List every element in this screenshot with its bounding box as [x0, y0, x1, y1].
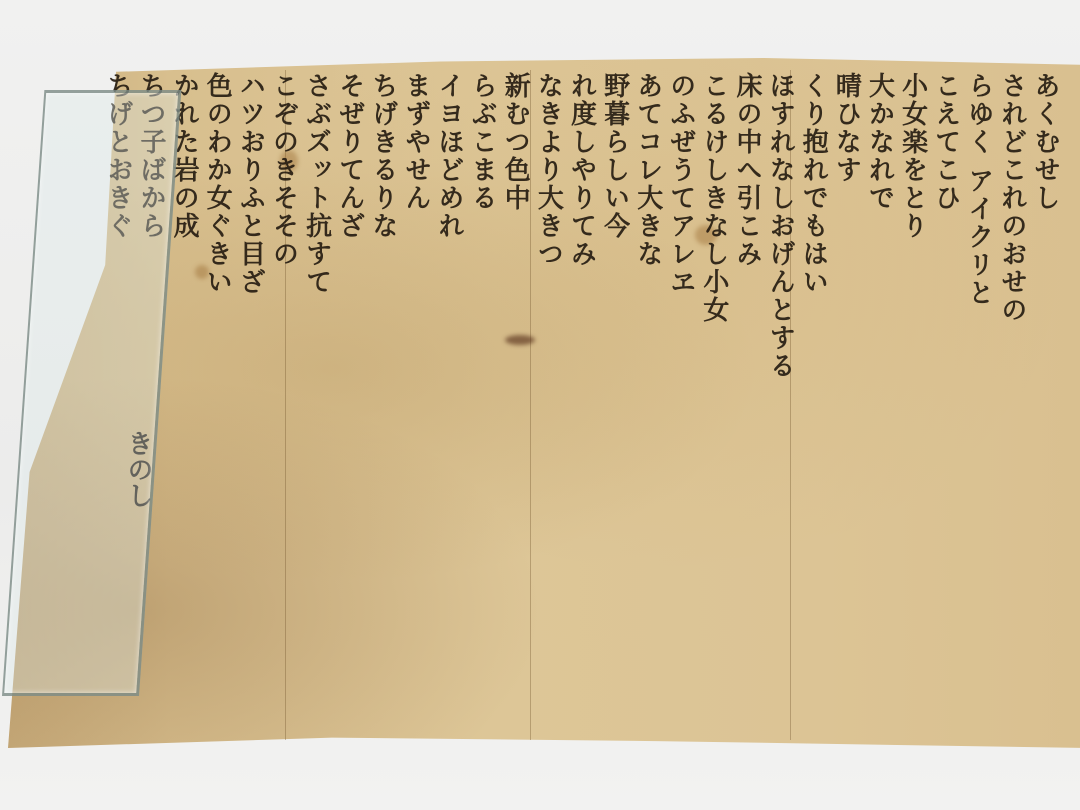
text-column: らゆく アイクリと	[963, 72, 996, 732]
text-column: さぶズット抗すて	[300, 72, 333, 732]
text-column: そぜりてんざ	[334, 72, 367, 732]
text-column: らぶこまる	[466, 72, 499, 732]
text-column: ハツおりふと目ざ	[234, 72, 267, 732]
text-column: されどこれのおせの	[996, 72, 1029, 732]
text-column: こるけしきなし小女	[698, 72, 731, 732]
text-column: ほすれなしおげんとする	[764, 72, 797, 732]
text-column: 野暮らしい今	[598, 72, 631, 732]
text-column: あてコレ大きな	[632, 72, 665, 732]
text-column: なきより大きつ	[532, 72, 565, 732]
text-column: ちげきるりな	[367, 72, 400, 732]
text-column: 大かなれで	[863, 72, 896, 732]
text-column: イヨほどめれ	[433, 72, 466, 732]
text-column: 色のわか女ぐきい	[201, 72, 234, 732]
text-column: くり抱れでもはい	[797, 72, 830, 732]
manuscript-text-columns: あくむせし されどこれのおせの らゆく アイクリと こえてこひ 小女楽をとり 大…	[102, 72, 1062, 732]
text-column: のふぜうてアレヱ	[665, 72, 698, 732]
text-column: あくむせし	[1029, 72, 1062, 732]
text-column: れ度しやりてみ	[565, 72, 598, 732]
text-column: 床の中へ引こみ	[731, 72, 764, 732]
text-column: こぞのきそその	[267, 72, 300, 732]
text-column: 晴ひなす	[830, 72, 863, 732]
text-column: 新むつ色中	[499, 72, 532, 732]
text-column: まずやせん	[400, 72, 433, 732]
text-column: こえてこひ	[930, 72, 963, 732]
text-column: 小女楽をとり	[896, 72, 929, 732]
